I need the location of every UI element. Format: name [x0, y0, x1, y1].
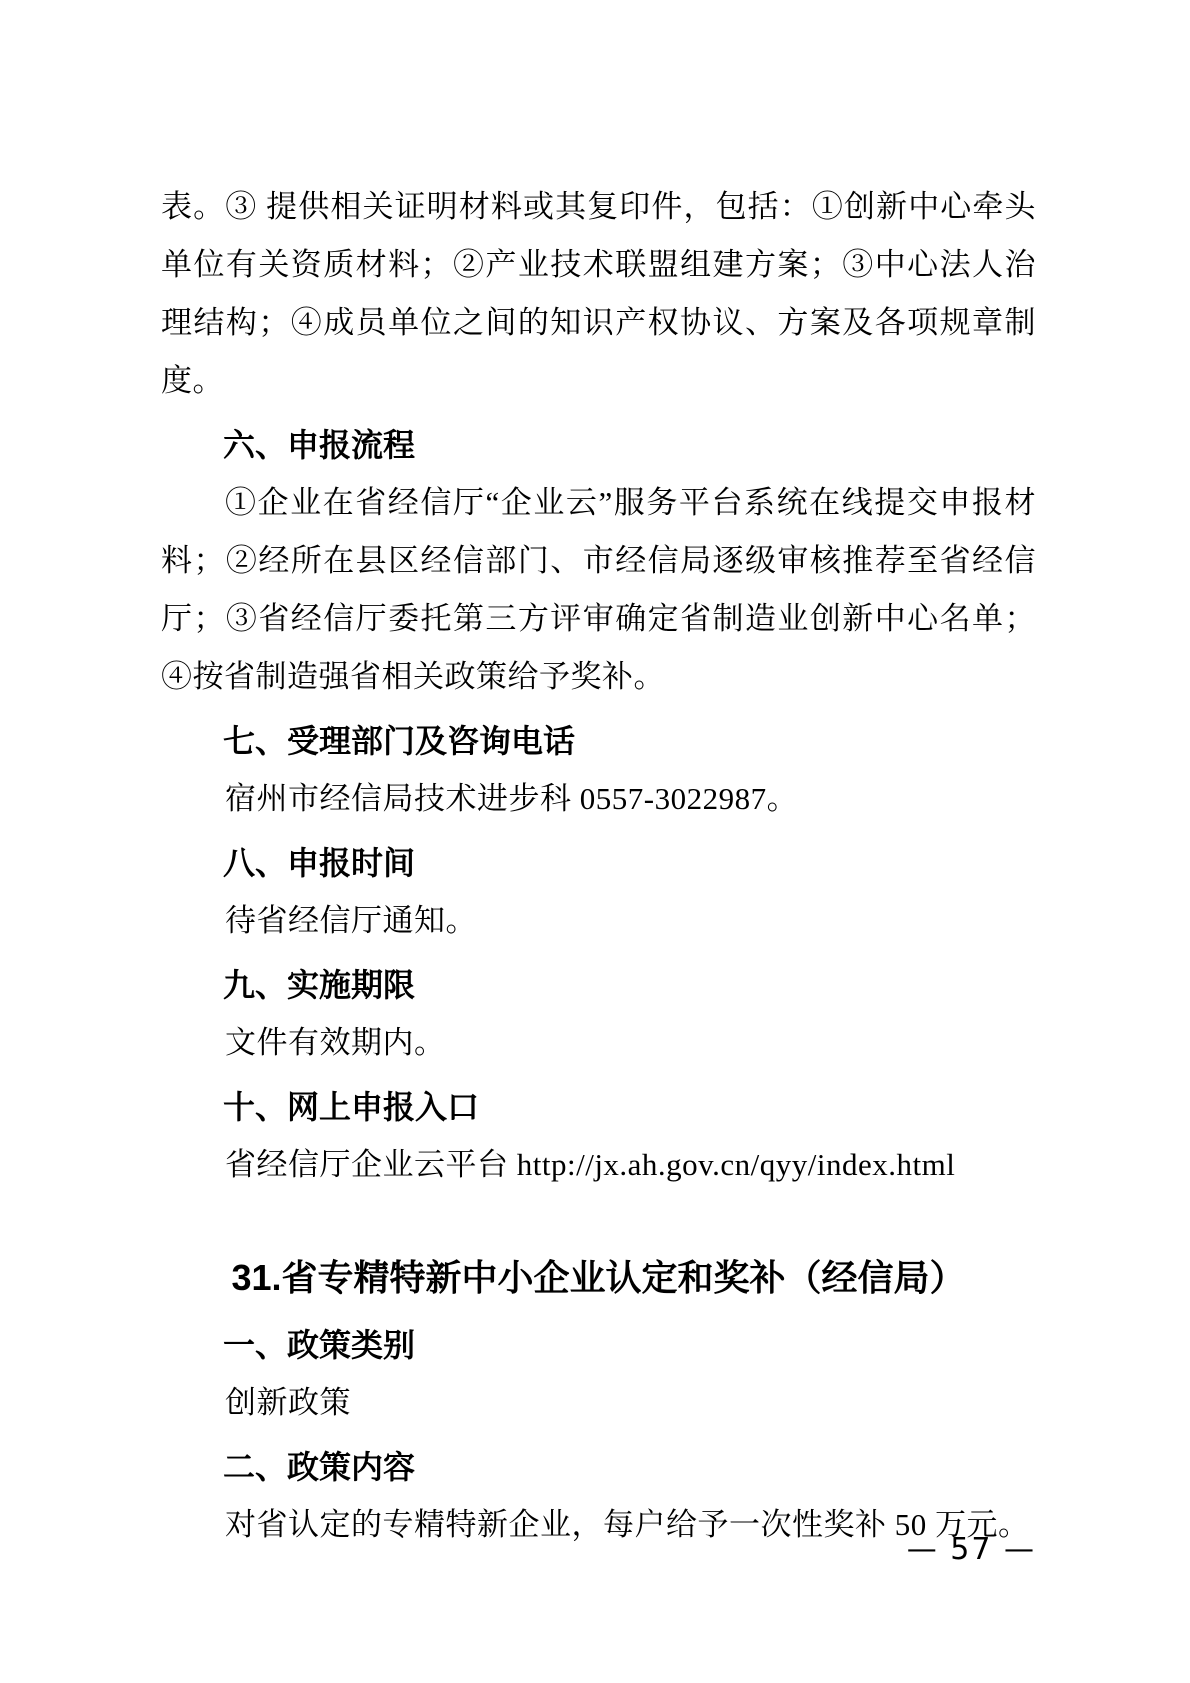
paragraph-policy-content: 对省认定的专精特新企业，每户给予一次性奖补 50 万元。 — [161, 1496, 1036, 1554]
page-number: — 57 — — [907, 1528, 1036, 1572]
heading-application-process: 六、申报流程 — [161, 416, 1036, 474]
heading-policy-category: 一、政策类别 — [161, 1316, 1036, 1374]
paragraph-application-process: ①企业在省经信厅“企业云”服务平台系统在线提交申报材料；②经所在县区经信部门、市… — [161, 474, 1036, 706]
paragraph-portal-url: 省经信厅企业云平台 http://jx.ah.gov.cn/qyy/index.… — [161, 1136, 1036, 1194]
document-page: 表。③ 提供相关证明材料或其复印件，包括：①创新中心牵头单位有关资质材料；②产业… — [0, 0, 1190, 1683]
paragraph-implementation-period: 文件有效期内。 — [161, 1014, 1036, 1072]
paragraph-contact-phone: 宿州市经信局技术进步科 0557-3022987。 — [161, 770, 1036, 828]
heading-policy-content: 二、政策内容 — [161, 1438, 1036, 1496]
heading-implementation-period: 九、实施期限 — [161, 956, 1036, 1014]
heading-application-time: 八、申报时间 — [161, 834, 1036, 892]
paragraph-policy-category: 创新政策 — [161, 1374, 1036, 1432]
heading-accepting-department-and-phone: 七、受理部门及咨询电话 — [161, 712, 1036, 770]
paragraph-application-time: 待省经信厅通知。 — [161, 892, 1036, 950]
heading-online-application-portal: 十、网上申报入口 — [161, 1078, 1036, 1136]
policy-31-title: 31.省专精特新中小企业认定和奖补（经信局） — [161, 1246, 1036, 1310]
paragraph-evidence-materials: 表。③ 提供相关证明材料或其复印件，包括：①创新中心牵头单位有关资质材料；②产业… — [161, 178, 1036, 410]
document-viewport: { "colors": { "text": "#000000", "backgr… — [0, 0, 1190, 1683]
